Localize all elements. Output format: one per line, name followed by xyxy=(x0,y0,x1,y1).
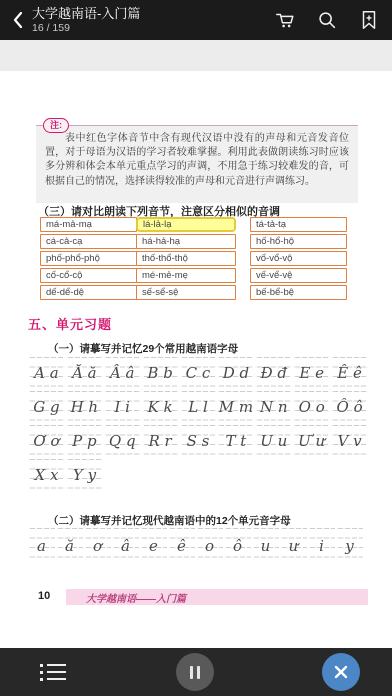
syllable-cell: vế-vể-vệ xyxy=(250,268,347,283)
alphabet-row: A a Ă ă Â â B b C c D d Đ đ E e Ê ê xyxy=(28,357,368,387)
syllable-cell: thố-thổ-thộ xyxy=(136,251,236,266)
letter-pair: Ê ê xyxy=(331,357,368,387)
letter-pair: Y y xyxy=(66,459,103,489)
vowel-letter: a xyxy=(28,528,55,560)
letter-pair: V v xyxy=(331,425,368,455)
vowel-letter: o xyxy=(196,528,223,560)
alphabet-row: X x Y y xyxy=(28,459,368,489)
letter-pair: Ơ ơ xyxy=(28,425,65,455)
vowel-letter: ô xyxy=(224,528,251,560)
letter-pair: O o xyxy=(293,391,330,421)
letter-pair: A a xyxy=(28,357,65,387)
toc-icon xyxy=(40,664,66,667)
footer-book-title: 大学越南语——入门篇 xyxy=(86,590,186,605)
letter-pair: M m xyxy=(217,391,254,421)
close-icon xyxy=(333,664,349,680)
vowel-letter: ư xyxy=(280,528,307,560)
alphabet-row: G g H h I i K k L l M m N n O o Ô ô xyxy=(28,391,368,421)
letter-pair: T t xyxy=(217,425,254,455)
letter-pair: L l xyxy=(180,391,217,421)
vowel-letter: â xyxy=(112,528,139,560)
syllable-cell: mé-mẻ-mẹ xyxy=(136,268,236,283)
pause-button[interactable] xyxy=(176,653,214,691)
footer-page-number: 10 xyxy=(38,590,50,602)
back-button[interactable] xyxy=(12,10,24,30)
tts-highlighted-syllable-cell: lá-lả-lạ xyxy=(136,217,236,232)
vowel-practice-row: a ă ơ â e ê o ô u ư i y xyxy=(28,528,363,560)
note-box: 注: 表中红色字体音节中含有现代汉语中没有的声母和元音发音位置，对于母语为汉语的… xyxy=(36,125,358,203)
letter-pair: Đ đ xyxy=(255,357,292,387)
search-icon xyxy=(316,9,338,31)
vowel-letter: ơ xyxy=(84,528,111,560)
footer-bar: 大学越南语——入门篇 xyxy=(66,589,368,605)
letter-pair: P p xyxy=(66,425,103,455)
exercise2-heading: （二）请摹写并记忆现代越南语中的12个单元音字母 xyxy=(48,513,291,528)
syllable-column-1: má-mả-mạ cá-cả-cạ phố-phổ-phộ cố-cổ-cộ d… xyxy=(40,217,137,300)
syllable-cell: dế-dể-dệ xyxy=(40,285,137,300)
top-bar: 大学越南语-入门篇 16 / 159 xyxy=(0,0,392,40)
letter-pair: U u xyxy=(255,425,292,455)
syllable-column-2: lá-lả-lạ há-hả-hạ thố-thổ-thộ mé-mẻ-mẹ s… xyxy=(136,217,236,300)
syllable-cell: bế-bể-bệ xyxy=(250,285,347,300)
letter-pair: Â â xyxy=(104,357,141,387)
letter-pair: G g xyxy=(28,391,65,421)
vowel-letter: ă xyxy=(56,528,83,560)
letter-pair: D d xyxy=(217,357,254,387)
syllable-cell: vố-vổ-vộ xyxy=(250,251,347,266)
vowel-letter: e xyxy=(140,528,167,560)
alphabet-row: Ơ ơ P p Q q R r S s T t U u Ư ư V v xyxy=(28,425,368,455)
letter-pair: H h xyxy=(66,391,103,421)
pause-icon xyxy=(190,666,193,679)
syllable-cell: cố-cổ-cộ xyxy=(40,268,137,283)
syllable-cell: tá-tả-tạ xyxy=(250,217,347,232)
vowel-letter: i xyxy=(308,528,335,560)
book-page[interactable]: 注: 表中红色字体音节中含有现代汉语中没有的声母和元音发音位置，对于母语为汉语的… xyxy=(0,71,392,648)
toc-icon xyxy=(40,678,66,681)
letter-pair: Ô ô xyxy=(331,391,368,421)
close-button[interactable] xyxy=(322,653,360,691)
note-label: 注: xyxy=(43,118,69,133)
letter-pair: I i xyxy=(104,391,141,421)
note-text: 表中红色字体音节中含有现代汉语中没有的声母和元音发音位置，对于母语为汉语的学习者… xyxy=(45,132,349,189)
search-button[interactable] xyxy=(316,9,338,31)
syllable-cell: hố-hổ-hộ xyxy=(250,234,347,249)
letter-pair: N n xyxy=(255,391,292,421)
back-chevron-icon xyxy=(12,10,24,30)
alphabet-practice-grid: A a Ă ă Â â B b C c D d Đ đ E e Ê ê G g … xyxy=(28,357,368,489)
toc-icon xyxy=(40,671,66,674)
letter-pair: Ă ă xyxy=(66,357,103,387)
table-of-contents-button[interactable] xyxy=(40,664,66,681)
syllable-cell: há-hả-hạ xyxy=(136,234,236,249)
letter-pair: Ư ư xyxy=(293,425,330,455)
vowel-letter: ê xyxy=(168,528,195,560)
page-top-margin xyxy=(0,40,392,71)
book-title: 大学越南语-入门篇 xyxy=(32,6,140,22)
letter-pair: S s xyxy=(180,425,217,455)
syllable-cell: sế-sể-sệ xyxy=(136,285,236,300)
letter-pair: R r xyxy=(142,425,179,455)
book-page-footer: 10 大学越南语——入门篇 xyxy=(0,589,392,606)
syllable-cell: phố-phổ-phộ xyxy=(40,251,137,266)
bookmark-button[interactable] xyxy=(358,9,380,31)
letter-pair: Q q xyxy=(104,425,141,455)
syllable-column-3: tá-tả-tạ hố-hổ-hộ vố-vổ-vộ vế-vể-vệ bế-b… xyxy=(250,217,347,300)
cart-button[interactable] xyxy=(274,9,296,31)
syllable-cell: cá-cả-cạ xyxy=(40,234,137,249)
letter-pair: X x xyxy=(28,459,65,489)
exercise1-heading: （一）请摹写并记忆29个常用越南语字母 xyxy=(48,341,238,356)
section5-heading: 五、单元习题 xyxy=(28,314,112,333)
page-indicator: 16 / 159 xyxy=(32,22,140,35)
shopping-cart-icon xyxy=(274,9,296,31)
bookmark-add-icon xyxy=(358,9,380,31)
syllable-cell: má-mả-mạ xyxy=(40,217,137,232)
topbar-actions xyxy=(274,9,380,31)
letter-pair: B b xyxy=(142,357,179,387)
letter-pair: C c xyxy=(180,357,217,387)
bottom-toolbar xyxy=(0,648,392,696)
vowel-letter: u xyxy=(252,528,279,560)
letter-pair: K k xyxy=(142,391,179,421)
title-block: 大学越南语-入门篇 16 / 159 xyxy=(32,6,140,35)
letter-pair: E e xyxy=(293,357,330,387)
vowel-letter: y xyxy=(336,528,363,560)
pause-icon xyxy=(197,666,200,679)
